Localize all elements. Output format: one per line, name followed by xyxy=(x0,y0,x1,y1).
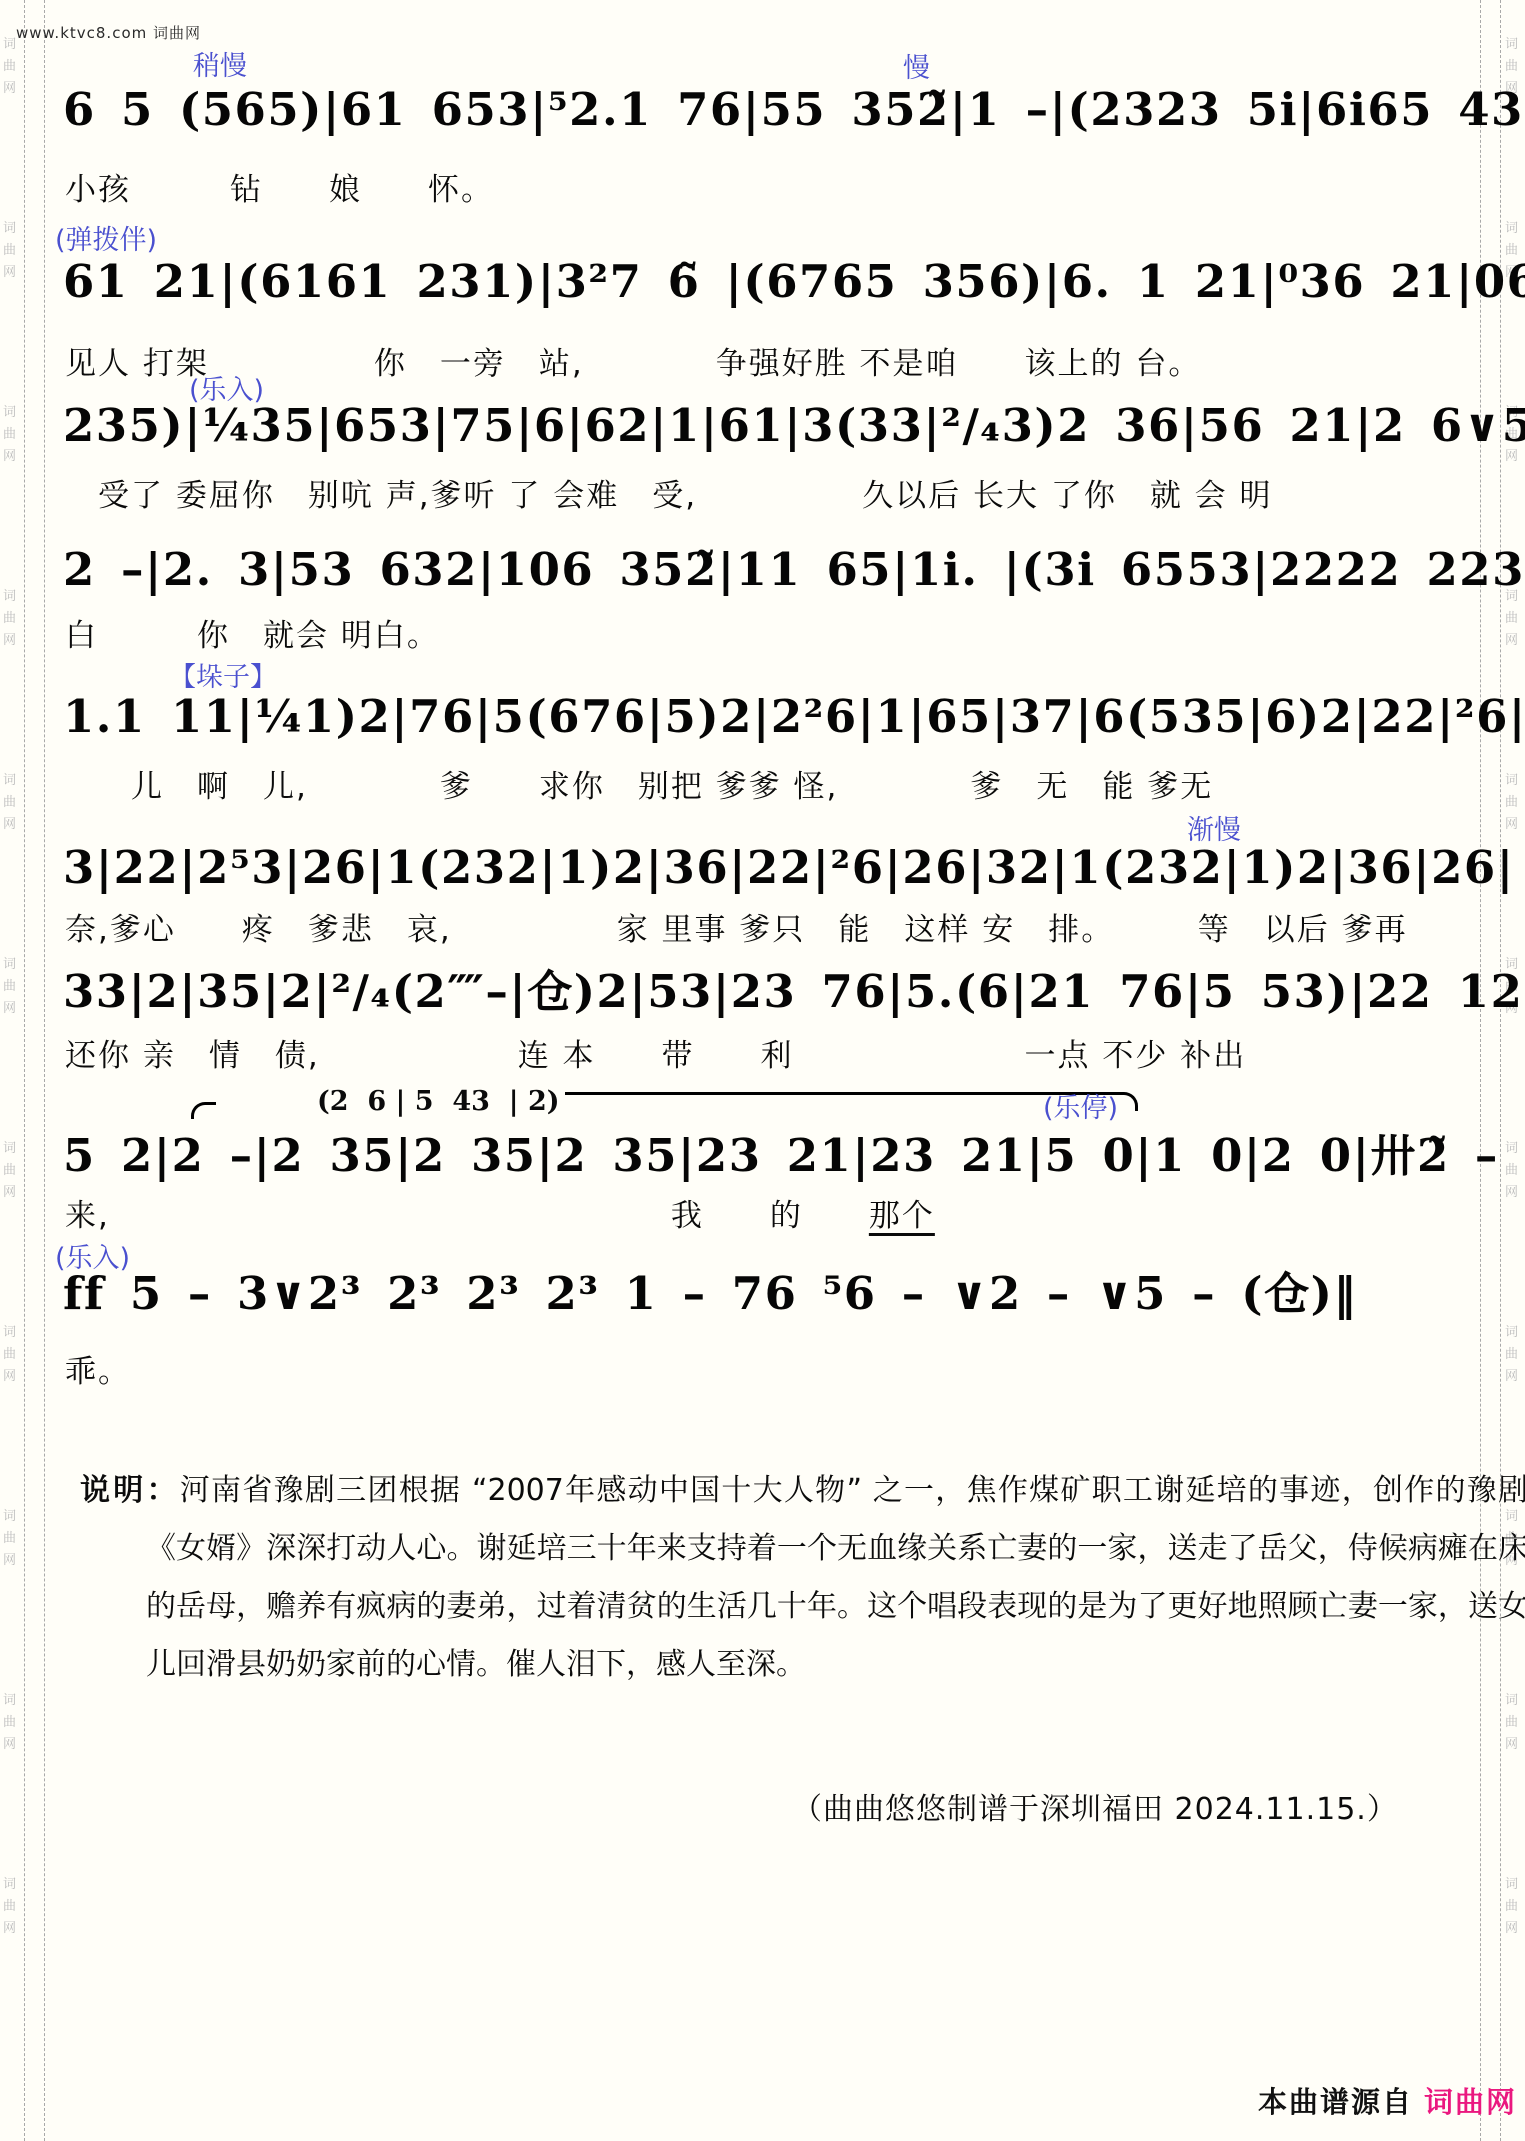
side-watermark-text: 词曲网 xyxy=(2,954,17,1020)
tempo-annotation: 稍慢 xyxy=(193,44,247,83)
right-dashed-border xyxy=(1480,0,1481,2141)
explanation-paragraph: 说明：河南省豫剧三团根据 “2007年感动中国十大人物” 之一，焦作煤矿职工谢延… xyxy=(80,1462,1525,1694)
sheet-music-page: 词曲网词曲网词曲网词曲网词曲网词曲网词曲网词曲网词曲网词曲网词曲网 词曲网词曲网… xyxy=(0,0,1525,2141)
notation-line: 235)|¼35|653|75|6|62|1|61|3(33|²∕₄3)2 36… xyxy=(63,396,1525,456)
explanation-label: 说明： xyxy=(80,1473,180,1508)
side-watermark-text: 词曲网 xyxy=(1504,1690,1519,1756)
side-watermark-text: 词曲网 xyxy=(2,1874,17,1940)
side-watermark-text: 词曲网 xyxy=(2,1322,17,1388)
tie-curve-start xyxy=(191,1102,216,1119)
lyrics-line: 还你 亲 情 债, 连 本 带 利 一点 不少 补出 xyxy=(65,1036,1246,1076)
notation-line: 1.1 11|¼1)2|76|5(676|5)2|2²6|1|65|37|6(5… xyxy=(63,687,1525,747)
right-dashed-border-2 xyxy=(1500,0,1501,2141)
left-watermark-column: 词曲网词曲网词曲网词曲网词曲网词曲网词曲网词曲网词曲网词曲网词曲网 xyxy=(2,0,20,2141)
lyrics-line: 来, 我 的 那个 xyxy=(65,1196,935,1236)
notation-line: 61 21|(6161 231)|3²7 6̃ |(6765 356)|6. 1… xyxy=(63,252,1525,312)
left-dashed-border-2 xyxy=(44,0,45,2141)
transcriber-credit: （曲曲悠悠制谱于深圳福田 2024.11.15.） xyxy=(792,1784,1398,1828)
notation-line: ff 5 – 3∨2³ 2³ 2³ 2³ 1 – 76 ⁵6 – ∨2 – ∨5… xyxy=(63,1264,1357,1324)
lyrics-line: 小孩 钻 娘 怀。 xyxy=(65,170,494,210)
lyrics-text: 来, 我 的 xyxy=(65,1198,869,1234)
side-watermark-text: 词曲网 xyxy=(2,586,17,652)
lyrics-underlined: 那个 xyxy=(869,1198,935,1234)
side-watermark-text: 词曲网 xyxy=(2,1506,17,1572)
lyrics-line: 儿 啊 儿, 爹 求你 别把 爹爹 怪, 爹 无 能 爹无 xyxy=(65,767,1213,807)
explanation-text: 河南省豫剧三团根据 “2007年感动中国十大人物” 之一，焦作煤矿职工谢延培的事… xyxy=(146,1473,1525,1682)
side-watermark-text: 词曲网 xyxy=(2,402,17,468)
side-watermark-text: 词曲网 xyxy=(1504,1322,1519,1388)
site-watermark: www.ktvc8.com 词曲网 xyxy=(16,22,201,43)
notation-line: 6 5 (565)|61 653|⁵2.1 76|55 352̃|1 –|(23… xyxy=(63,80,1525,140)
left-dashed-border xyxy=(24,0,25,2141)
notation-line: 2 –|2. 3|53 632|106 352̃|11 65|1i. |(3i … xyxy=(63,540,1525,600)
side-watermark-text: 词曲网 xyxy=(2,770,17,836)
notation-line: 3|22|2⁵3|26|1(232|1)2|36|22|²6|26|32|1(2… xyxy=(63,838,1515,898)
music-stop-annotation: (乐停) xyxy=(1043,1086,1118,1125)
notation-line: 5 2|2 –|2 35|2 35|2 35|23 21|23 21|5 0|1… xyxy=(63,1126,1525,1186)
side-watermark-text: 词曲网 xyxy=(2,34,17,100)
right-watermark-column: 词曲网词曲网词曲网词曲网词曲网词曲网词曲网词曲网词曲网词曲网词曲网 xyxy=(1504,0,1522,2141)
side-watermark-text: 词曲网 xyxy=(1504,1874,1519,1940)
source-label: 本曲谱源自 xyxy=(1258,2080,1413,2121)
side-watermark-text: 词曲网 xyxy=(2,1690,17,1756)
side-watermark-text: 词曲网 xyxy=(1504,770,1519,836)
lyrics-line: 受了 委屈你 别吭 声,爹听 了 会难 受, 久以后 长大 了你 就 会 明 xyxy=(65,476,1273,516)
side-watermark-text: 词曲网 xyxy=(2,1138,17,1204)
lyrics-line: 奈,爹心 疼 爹悲 哀, 家 里事 爹只 能 这样 安 排。 等 以后 爹再 xyxy=(65,910,1408,950)
brand-name: 词曲网 xyxy=(1424,2080,1517,2121)
lyrics-line: 白 你 就会 明白。 xyxy=(65,616,440,656)
cue-notes-overlay: (2 6 | 5 43 | 2) xyxy=(317,1086,560,1117)
side-watermark-text: 词曲网 xyxy=(2,218,17,284)
notation-line: 33|2|35|2|²∕₄(2⁗–|仓)2|53|23 76|5.(6|21 7… xyxy=(63,962,1525,1022)
lyrics-line: 乖。 xyxy=(65,1352,131,1392)
